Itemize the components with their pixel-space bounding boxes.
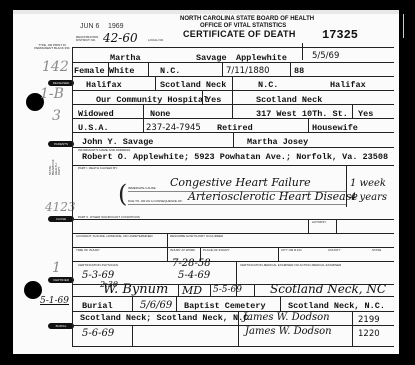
state-label: STATE xyxy=(372,249,381,252)
place-of-injury-label: PLACE OF INJURY xyxy=(203,249,229,252)
physician-certification-label: CERTIFICATION-PHYSICIAN xyxy=(78,264,118,267)
race: White xyxy=(109,67,135,76)
immediate-cause: Congestive Heart Failure xyxy=(170,176,311,189)
director-license-number: 2199 xyxy=(358,316,380,325)
registration-district-label: REGISTRATION DISTRICT NO. xyxy=(76,36,106,42)
mother-maiden-name: Martha Josey xyxy=(247,138,308,147)
cemetery: Baptist Cemetery xyxy=(184,302,266,311)
funeral-home: Scotland Neck; Scotland Neck, N.C. xyxy=(80,314,253,323)
section-bracket xyxy=(72,142,73,166)
describe-injury-label: DESCRIBE HOW INJURY OCCURRED xyxy=(170,235,223,238)
accident-label: ACCIDENT, SUICIDE, HOMICIDE, OR UNDETERM… xyxy=(76,235,166,238)
date-signed: 5-5-69 xyxy=(213,285,242,295)
pencil-note-1: 142 xyxy=(42,59,69,75)
attended-from-date: 7-28-58 xyxy=(172,258,211,269)
age: 88 xyxy=(294,67,304,76)
tab-burial: BURIAL xyxy=(48,323,74,329)
pencil-note-4: 4123 xyxy=(45,200,76,214)
immediate-interval: 1 week xyxy=(350,178,386,189)
residence-county: Halifax xyxy=(330,81,366,90)
embalmer-license-number: 1220 xyxy=(358,330,380,339)
father-name: John Y. Savage xyxy=(82,138,153,147)
local-no-label: LOCAL NO. xyxy=(148,39,164,42)
tab-cause: CAUSE xyxy=(48,216,74,222)
part2-label: PART II. OTHER SIGNIFICANT CONDITIONS xyxy=(78,216,140,219)
section-bracket xyxy=(72,296,73,346)
medical-examiner-label: CERTIFICATION-MEDICAL EXAMINER OR ACTING… xyxy=(240,264,390,267)
ink-instruction: TYPE, OR PRINT IN PERMANENT BLACK INK xyxy=(33,44,71,50)
embalmer-signature: James W. Dodson xyxy=(245,326,332,337)
due-to-label: DUE TO, OR AS A CONSEQUENCE OF: xyxy=(128,200,183,203)
informant-name-address: Robert O. Applewhite; 5923 Powhatan Ave.… xyxy=(82,153,388,162)
pencil-note-2: 1-B xyxy=(40,86,64,102)
section-bracket xyxy=(72,166,73,255)
death-county: Halifax xyxy=(86,81,122,90)
county-label: COUNTY xyxy=(328,249,341,252)
underlying-cause: Arteriosclerotic Heart Disease xyxy=(188,190,358,203)
state-board-note: STATE BOARD OF HEALTH COPY xyxy=(49,157,61,175)
immediate-cause-label: IMMEDIATE CAUSE xyxy=(128,187,156,190)
funeral-director-signature: James W. Dodson xyxy=(243,312,330,323)
tab-parents: PARENTS xyxy=(48,141,74,147)
received-year: 1969 xyxy=(108,23,124,30)
certificate-title: CERTIFICATE OF DEATH xyxy=(183,29,296,39)
date-of-death: 5/5/69 xyxy=(312,52,339,61)
physician-signature: W. Bynum xyxy=(103,282,168,297)
registration-district: 42-60 xyxy=(103,31,138,45)
last-seen-date: 5-4-69 xyxy=(178,270,210,281)
birthplace: N.C. xyxy=(160,67,180,76)
cemetery-location: Scotland Neck, N.C. xyxy=(288,302,385,311)
edge-mark xyxy=(403,14,404,38)
date-of-birth: 7/11/1880 xyxy=(226,67,270,76)
pencil-note-5: 1 xyxy=(52,260,61,276)
city-label: CITY OR R.F.D. xyxy=(281,249,302,252)
underlying-interval: 4 years xyxy=(350,192,387,203)
date-received-by-registrar: 5-6-69 xyxy=(82,328,114,339)
board-name: NORTH CAROLINA STATE BOARD OF HEALTH xyxy=(180,16,314,22)
time-of-injury-label: TIME OF INJURY xyxy=(76,249,100,252)
autopsy-label: AUTOPSY xyxy=(312,221,326,224)
tab-deceased: DECEASED xyxy=(48,80,74,86)
certificate-number: 17325 xyxy=(322,28,358,42)
part1-label: PART I. DEATH CAUSED BY: xyxy=(78,167,118,170)
cause-bracket: ( xyxy=(118,182,127,206)
disposition: Burial xyxy=(82,302,113,311)
death-city: Scotland Neck xyxy=(160,81,226,90)
physician-address: Scotland Neck, NC xyxy=(270,282,386,296)
received-stamp: JUN 6 xyxy=(80,23,99,30)
pencil-note-3: 3 xyxy=(52,108,61,124)
injury-at-work-label: INJURY AT WORK xyxy=(170,249,195,252)
tab-certifier: CERTIFIER xyxy=(48,277,74,283)
pencil-note-6: 5-1-69 xyxy=(40,296,69,306)
sex: Female xyxy=(74,67,105,76)
residence-state: N.C. xyxy=(258,81,278,90)
burial-date: 5/6/69 xyxy=(140,300,172,311)
